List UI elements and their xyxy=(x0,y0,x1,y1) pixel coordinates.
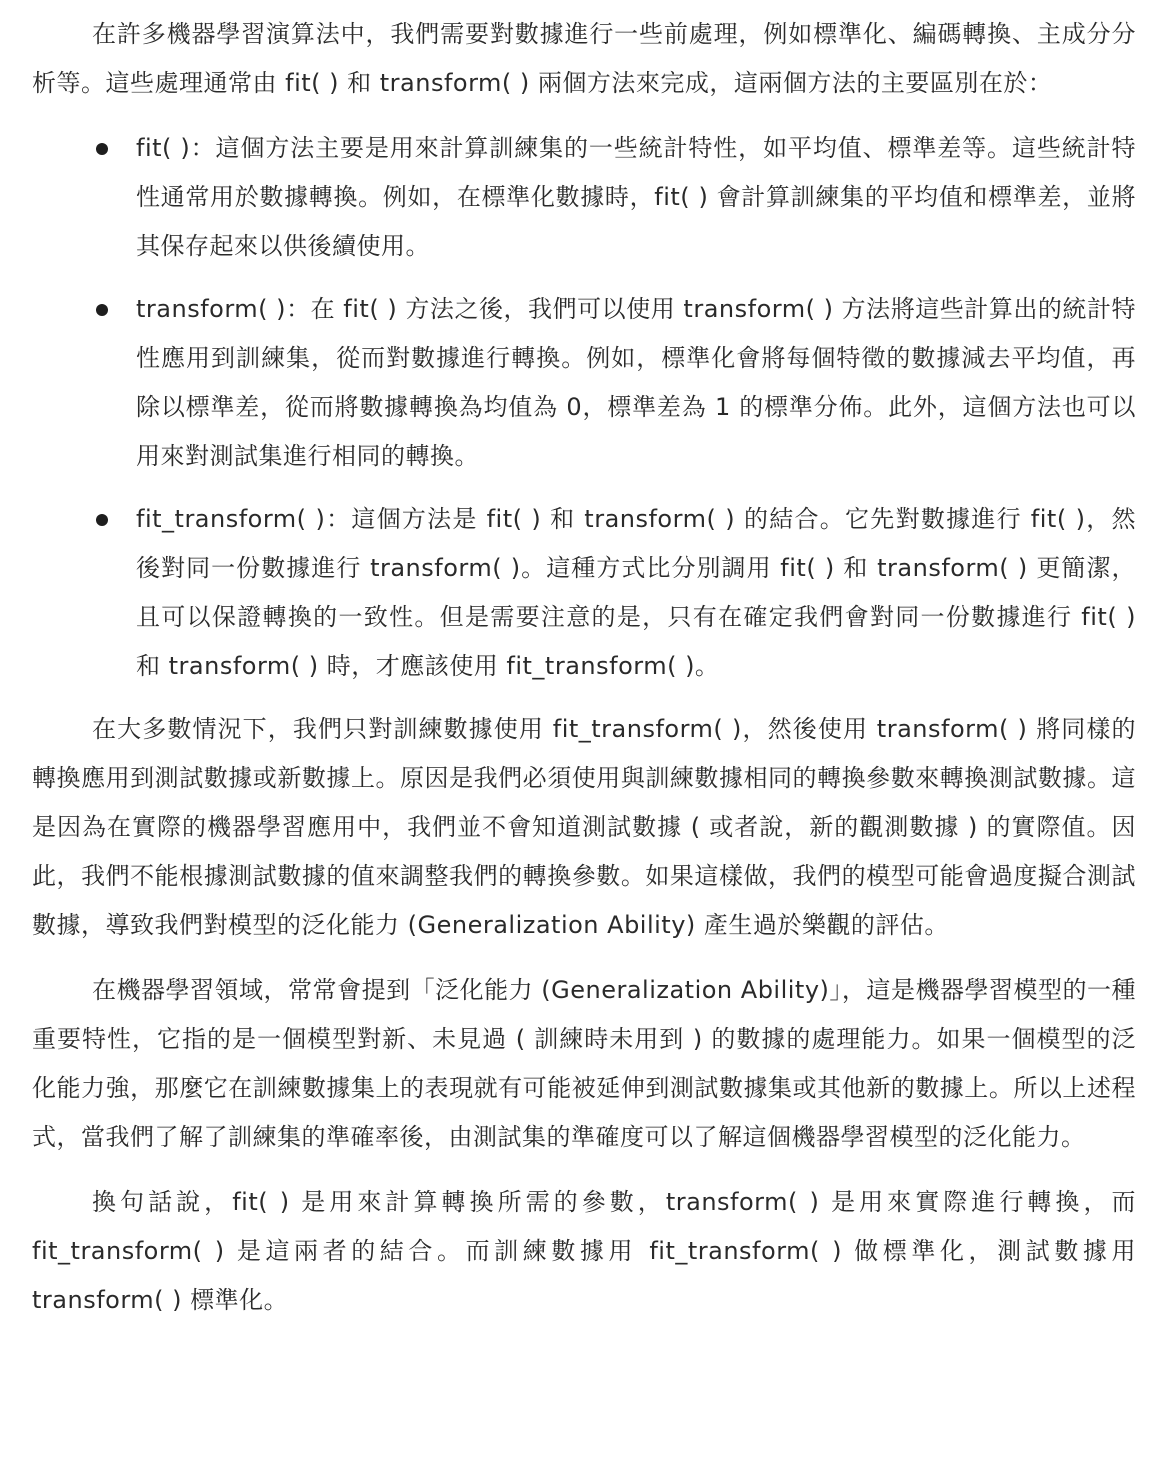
bullet-text: fit( )：這個方法主要是用來計算訓練集的一些統計特性，如平均值、標準差等。這… xyxy=(136,134,1136,260)
bullet-text: fit_transform( )：這個方法是 fit( ) 和 transfor… xyxy=(136,505,1136,680)
intro-paragraph: 在許多機器學習演算法中，我們需要對數據進行一些前處理，例如標準化、編碼轉換、主成… xyxy=(32,10,1136,108)
document-page: 在許多機器學習演算法中，我們需要對數據進行一些前處理，例如標準化、編碼轉換、主成… xyxy=(0,0,1162,1325)
bullet-item-transform: transform( )：在 fit( ) 方法之後，我們可以使用 transf… xyxy=(136,285,1136,481)
bullet-dot-icon xyxy=(96,143,108,155)
body-paragraph-summary: 換句話說，fit( ) 是用來計算轉換所需的參數，transform( ) 是用… xyxy=(32,1178,1136,1325)
body-paragraph-generalization: 在機器學習領域，常常會提到「泛化能力 (Generalization Abili… xyxy=(32,966,1136,1162)
method-bullet-list: fit( )：這個方法主要是用來計算訓練集的一些統計特性，如平均值、標準差等。這… xyxy=(32,124,1136,691)
bullet-item-fit-transform: fit_transform( )：這個方法是 fit( ) 和 transfor… xyxy=(136,495,1136,691)
bullet-text: transform( )：在 fit( ) 方法之後，我們可以使用 transf… xyxy=(136,295,1136,470)
body-paragraph-usage: 在大多數情況下，我們只對訓練數據使用 fit_transform( )，然後使用… xyxy=(32,705,1136,950)
bullet-dot-icon xyxy=(96,304,108,316)
bullet-item-fit: fit( )：這個方法主要是用來計算訓練集的一些統計特性，如平均值、標準差等。這… xyxy=(136,124,1136,271)
bullet-dot-icon xyxy=(96,514,108,526)
